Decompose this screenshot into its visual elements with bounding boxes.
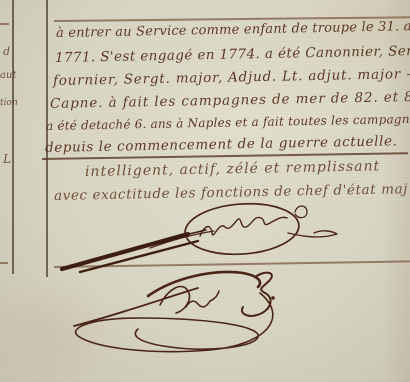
ledger-column-rule-right [46,0,48,277]
margin-fragment: aut [0,70,17,81]
row-rule-top-left-tick [0,23,9,25]
handwritten-line-4: Capne. à fait les campagnes de mer de 82… [50,89,410,112]
paper-stain [0,280,120,382]
margin-fragment: d [3,45,10,58]
margin-fragment: tion [0,98,18,108]
margin-fragment: L [3,152,11,166]
row-rule-bottom [54,260,410,267]
handwritten-line-2: 1771. S'est engagé en 1774. a été Canonn… [55,43,410,66]
row-rule-bottom-left-tick [0,262,8,264]
handwritten-line-3: fournier, Sergt. major, Adjud. Lt. adjut… [53,66,410,89]
handwritten-line-8: avec exactitude les fonctions de chef d'… [54,181,408,204]
handwritten-line-5: a été detaché 6. ans à Naples et a fait … [46,112,410,133]
main-signature-flourish [74,272,275,352]
manuscript-page: d aut tion L à entrer au Service comme e… [0,0,410,382]
ledger-column-rule-left [12,0,14,274]
handwritten-line-7: intelligent, actif, zélé et remplissant [85,158,381,180]
handwritten-line-1: à entrer au Service comme enfant de trou… [56,19,410,41]
